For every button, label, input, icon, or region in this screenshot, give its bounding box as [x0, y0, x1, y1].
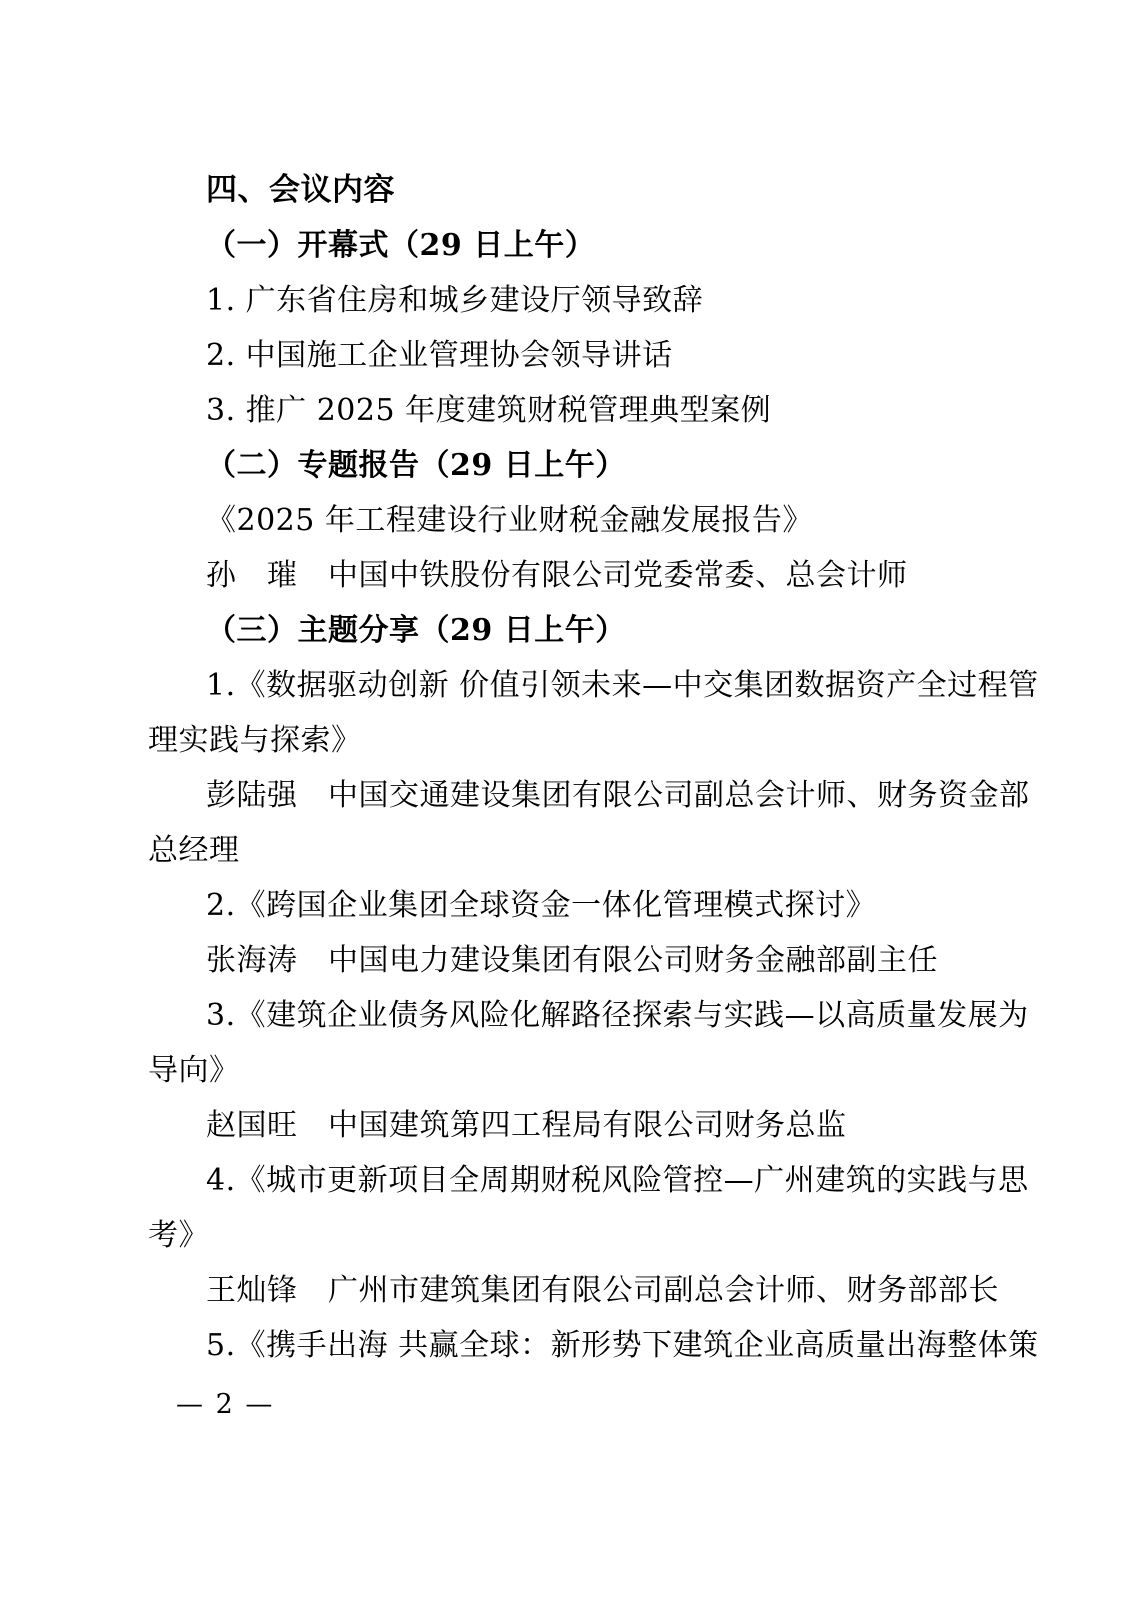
subsection-heading-opening-ceremony: （一）开幕式（29 日上午） — [148, 218, 993, 273]
speaker-line-sun-cui: 孙 璀 中国中铁股份有限公司党委常委、总会计师 — [148, 548, 993, 603]
page-number: — 2 — — [176, 1385, 274, 1425]
topic-4-title-line-2: 考》 — [148, 1208, 993, 1263]
speaker-line-zhao-guowang: 赵国旺 中国建筑第四工程局有限公司财务总监 — [148, 1098, 993, 1153]
topic-4-title-line-1: 4.《城市更新项目全周期财税风险管控—广州建筑的实践与思 — [148, 1153, 993, 1208]
agenda-item-2: 2. 中国施工企业管理协会领导讲话 — [148, 328, 993, 383]
subsection-heading-theme-sharing: （三）主题分享（29 日上午） — [148, 603, 993, 658]
speaker-line-peng-luqiang-2: 总经理 — [148, 823, 993, 878]
speaker-line-peng-luqiang-1: 彭陆强 中国交通建设集团有限公司副总会计师、财务资金部 — [148, 768, 993, 823]
document-page: 四、会议内容 （一）开幕式（29 日上午） 1. 广东省住房和城乡建设厅领导致辞… — [0, 0, 1131, 1600]
topic-3-title-line-1: 3.《建筑企业债务风险化解路径探索与实践—以高质量发展为 — [148, 988, 993, 1043]
topic-2-title: 2.《跨国企业集团全球资金一体化管理模式探讨》 — [148, 878, 993, 933]
topic-3-title-line-2: 导向》 — [148, 1043, 993, 1098]
topic-1-title-line-2: 理实践与探索》 — [148, 713, 993, 768]
topic-1-title-line-1: 1.《数据驱动创新 价值引领未来—中交集团数据资产全过程管 — [148, 658, 993, 713]
speaker-line-zhang-haitao: 张海涛 中国电力建设集团有限公司财务金融部副主任 — [148, 933, 993, 988]
subsection-heading-special-report: （二）专题报告（29 日上午） — [148, 438, 993, 493]
agenda-item-1: 1. 广东省住房和城乡建设厅领导致辞 — [148, 273, 993, 328]
section-heading-meeting-content: 四、会议内容 — [148, 163, 993, 218]
speaker-line-wang-canfeng: 王灿锋 广州市建筑集团有限公司副总会计师、财务部部长 — [148, 1263, 993, 1318]
agenda-item-3: 3. 推广 2025 年度建筑财税管理典型案例 — [148, 383, 993, 438]
topic-5-title-line-1: 5.《携手出海 共赢全球：新形势下建筑企业高质量出海整体策 — [148, 1318, 993, 1373]
document-body: 四、会议内容 （一）开幕式（29 日上午） 1. 广东省住房和城乡建设厅领导致辞… — [148, 163, 993, 1373]
report-title: 《2025 年工程建设行业财税金融发展报告》 — [148, 493, 993, 548]
